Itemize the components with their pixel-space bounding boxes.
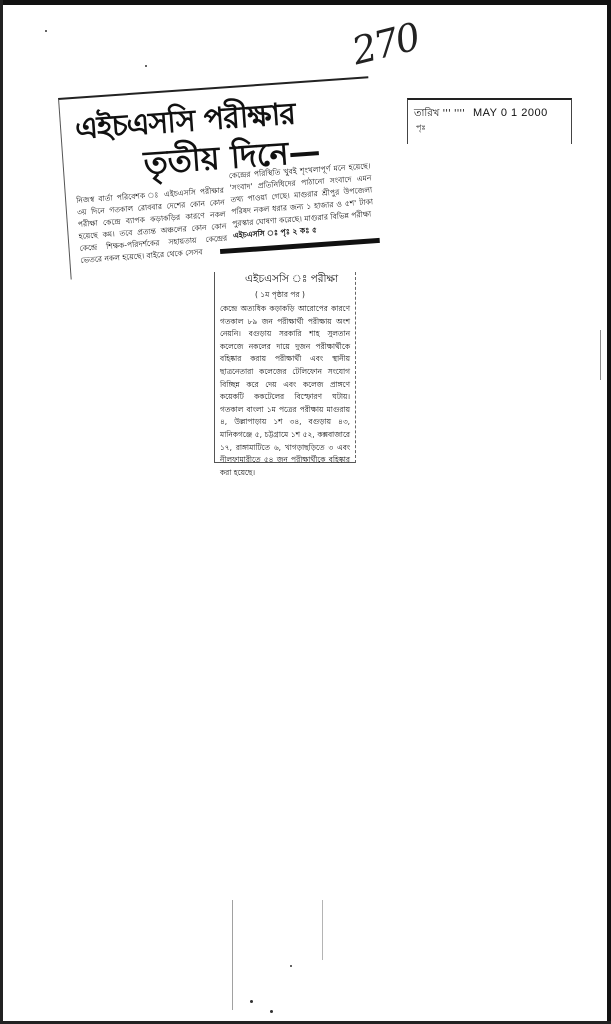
article-column-left: নিজস্ব বার্তা পরিবেশক ঃ এইচএসসি পরীক্ষার…: [76, 185, 229, 267]
continuation-note: এইচএসসি ঃ পৃঃ ২ কঃ ৫: [233, 225, 318, 240]
article-column-right: কেন্দ্রের পরিস্থিতি খুবই শৃংখলাপূর্ণ মনে…: [228, 160, 375, 242]
continuation-title: এইচএসসি ঃ পরীক্ষা: [245, 272, 338, 289]
continuation-body: কেন্দ্রে অত্যধিক কড়াকড়ি আরোপের কারণে গ…: [220, 303, 350, 479]
scan-speck: [290, 965, 292, 967]
scan-artifact-line: [232, 900, 233, 1010]
newspaper-clipping-main: এইচএসসি পরীক্ষার তৃতীয় দিনে— নিজস্ব বার…: [58, 76, 381, 279]
scan-speck: [270, 1010, 273, 1013]
newspaper-clipping-continuation: এইচএসসি ঃ পরীক্ষা ( ১ম পৃষ্ঠার পর ) কেন্…: [214, 272, 356, 463]
handwritten-page-number: 270: [348, 15, 423, 74]
scan-speck: [45, 30, 47, 32]
date-stamp: তারিখ ''' '''' MAY 0 1 2000 পৃঃ: [407, 98, 572, 144]
scan-artifact-line: [600, 330, 601, 380]
scan-border-left: [0, 0, 3, 1024]
date-stamp-page-label: পৃঃ: [416, 122, 426, 135]
date-stamp-date: MAY 0 1 2000: [473, 107, 548, 119]
scan-border-top: [0, 0, 611, 5]
scan-artifact-line: [322, 900, 323, 960]
date-stamp-label: তারিখ ''' '''': [414, 106, 465, 123]
article-column-right-text: কেন্দ্রের পরিস্থিতি খুবই শৃংখলাপূর্ণ মনে…: [229, 161, 374, 228]
scan-speck: [145, 65, 147, 67]
continuation-subtitle: ( ১ম পৃষ্ঠার পর ): [255, 290, 305, 302]
scan-border-right: [607, 0, 611, 1024]
scan-speck: [250, 1000, 253, 1003]
